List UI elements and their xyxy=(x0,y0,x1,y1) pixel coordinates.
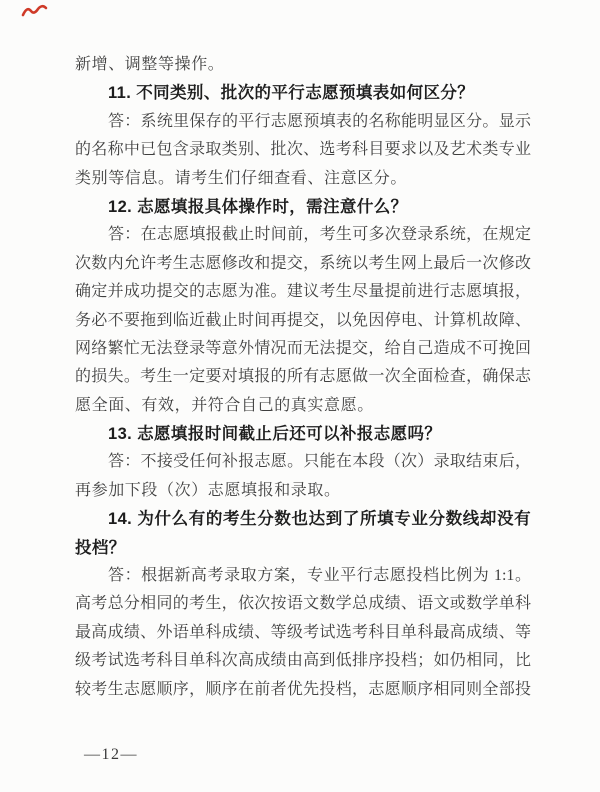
body-text-line: 务必不要拖到临近截止时间再提交，以免因停电、计算机故障、 xyxy=(75,307,531,335)
question-heading-line: 14. 为什么有的考生分数也达到了所填专业分数线却没有被 xyxy=(75,505,531,533)
body-text-line: 高考总分相同的考生，依次按语文数学总成绩、语文或数学单科 xyxy=(75,590,531,618)
body-text-line: 次数内允许考生志愿修改和提交，系统以考生网上最后一次修改 xyxy=(75,250,531,278)
question-heading-line: 11. 不同类别、批次的平行志愿预填表如何区分？ xyxy=(75,79,531,107)
body-text-line: 级考试选考科目单科次高成绩由高到低排序投档；如仍相同，比 xyxy=(75,647,531,675)
body-text-line: 再参加下段（次）志愿填报和录取。 xyxy=(75,477,531,505)
body-text-line: 新增、调整等操作。 xyxy=(75,51,531,79)
document-page: 新增、调整等操作。11. 不同类别、批次的平行志愿预填表如何区分？答：系统里保存… xyxy=(0,0,600,792)
body-text-line: 答：在志愿填报截止时间前，考生可多次登录系统，在规定 xyxy=(75,221,531,249)
body-text-line: 的名称中已包含录取类别、批次、选考科目要求以及艺术类专业 xyxy=(75,136,531,164)
body-text-line: 最高成绩、外语单科成绩、等级考试选考科目单科最高成绩、等 xyxy=(75,619,531,647)
question-heading-line: 12. 志愿填报具体操作时，需注意什么？ xyxy=(75,193,531,221)
body-text-line: 答：根据新高考录取方案，专业平行志愿投档比例为 1:1。 xyxy=(75,562,531,590)
body-text-line: 较考生志愿顺序，顺序在前者优先投档，志愿顺序相同则全部投 xyxy=(75,676,531,704)
question-heading-line: 投档？ xyxy=(75,534,531,562)
body-text-line: 答：不接受任何补报志愿。只能在本段（次）录取结束后， xyxy=(75,448,531,476)
body-text-line: 确定并成功提交的志愿为准。建议考生尽量提前进行志愿填报， xyxy=(75,278,531,306)
body-text-line: 网络繁忙无法登录等意外情况而无法提交，给自己造成不可挽回 xyxy=(75,335,531,363)
question-heading-line: 13. 志愿填报时间截止后还可以补报志愿吗？ xyxy=(75,420,531,448)
body-text-line: 答：系统里保存的平行志愿预填表的名称能明显区分。显示 xyxy=(75,108,531,136)
body-text-line: 的损失。考生一定要对填报的所有志愿做一次全面检查，确保志 xyxy=(75,363,531,391)
red-pen-mark-icon xyxy=(20,2,50,24)
body-text-line: 类别等信息。请考生们仔细查看、注意区分。 xyxy=(75,165,531,193)
body-text-line: 愿全面、有效，并符合自己的真实意愿。 xyxy=(75,392,531,420)
document-text-block: 新增、调整等操作。11. 不同类别、批次的平行志愿预填表如何区分？答：系统里保存… xyxy=(75,51,531,704)
page-number: —12— xyxy=(84,744,138,766)
